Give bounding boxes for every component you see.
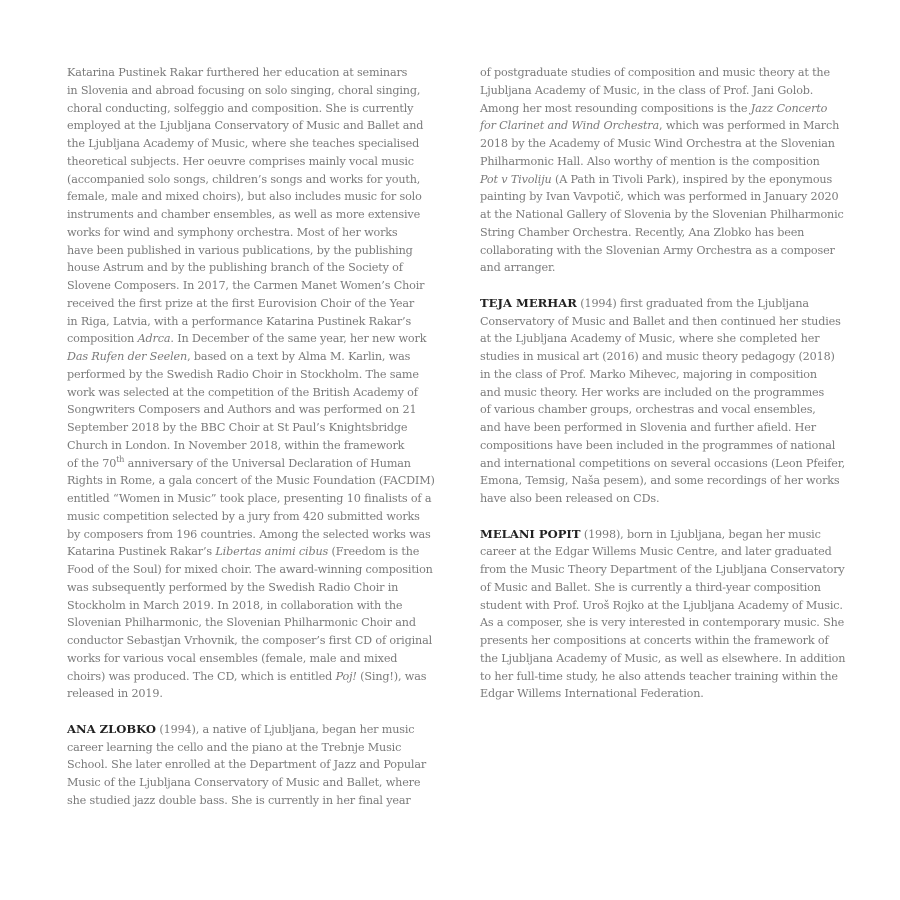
text-line: String Chamber Orchestra. Recently, Ana … bbox=[480, 224, 852, 242]
text-line: and arranger. bbox=[480, 259, 852, 277]
text-line: in Riga, Latvia, with a performance Kata… bbox=[67, 313, 439, 331]
paragraph-ana-zlobko-continued: of postgraduate studies of composition a… bbox=[480, 64, 852, 277]
text-line: Songwriters Composers and Authors and wa… bbox=[67, 401, 439, 419]
text-line: and international competitions on severa… bbox=[480, 455, 852, 473]
text-line: in Slovenia and abroad focusing on solo … bbox=[67, 82, 439, 100]
text-line: for Clarinet and Wind Orchestra, which w… bbox=[480, 117, 852, 135]
text-line: Katarina Pustinek Rakar’s Libertas animi… bbox=[67, 543, 439, 561]
text-line: 2018 by the Academy of Music Wind Orches… bbox=[480, 135, 852, 153]
text-run: (1994) first graduated from the Ljubljan… bbox=[577, 297, 809, 310]
text-line: painting by Ivan Vavpotič, which was per… bbox=[480, 188, 852, 206]
text-line: of Music and Ballet. She is currently a … bbox=[480, 579, 852, 597]
composer-name: MELANI POPIT bbox=[480, 527, 580, 541]
text-line: in the class of Prof. Marko Mihevec, maj… bbox=[480, 366, 852, 384]
text-line: presents her compositions at concerts wi… bbox=[480, 632, 852, 650]
work-title-poj: Poj! bbox=[336, 670, 357, 683]
text-line: of various chamber groups, orchestras an… bbox=[480, 401, 852, 419]
text-line: Church in London. In November 2018, with… bbox=[67, 437, 439, 455]
text-line: Emona, Temsig, Naša pesem), and some rec… bbox=[480, 472, 852, 490]
text-line: student with Prof. Uroš Rojko at the Lju… bbox=[480, 597, 852, 615]
text-line: entitled “Women in Music” took place, pr… bbox=[67, 490, 439, 508]
text-run: of the 70 bbox=[67, 457, 116, 470]
text-line: Das Rufen der Seelen, based on a text by… bbox=[67, 348, 439, 366]
work-title-adrca: Adrca bbox=[138, 332, 171, 345]
text-run: anniversary of the Universal Declaration… bbox=[124, 457, 411, 470]
text-line: career learning the cello and the piano … bbox=[67, 739, 439, 757]
text-line: received the first prize at the first Eu… bbox=[67, 295, 439, 313]
text-line: of the 70th anniversary of the Universal… bbox=[67, 455, 439, 473]
text-line: was subsequently performed by the Swedis… bbox=[67, 579, 439, 597]
text-line: and have been performed in Slovenia and … bbox=[480, 419, 852, 437]
text-line: collaborating with the Slovenian Army Or… bbox=[480, 242, 852, 260]
text-run: . In December of the same year, her new … bbox=[170, 332, 426, 345]
text-line: September 2018 by the BBC Choir at St Pa… bbox=[67, 419, 439, 437]
text-line: Food of the Soul) for mixed choir. The a… bbox=[67, 561, 439, 579]
text-line: TEJA MERHAR (1994) first graduated from … bbox=[480, 295, 852, 313]
text-line: career at the Edgar Willems Music Centre… bbox=[480, 543, 852, 561]
work-title-das-rufen-der-seelen: Das Rufen der Seelen bbox=[67, 350, 187, 363]
text-run: Among her most resounding compositions i… bbox=[480, 102, 751, 115]
text-line: have been published in various publicati… bbox=[67, 242, 439, 260]
text-line: the Ljubljana Academy of Music, where sh… bbox=[67, 135, 439, 153]
work-title-pot-v-tivoliju: Pot v Tivoliju bbox=[480, 173, 552, 186]
composer-name: ANA ZLOBKO bbox=[67, 722, 156, 736]
text-line: instruments and chamber ensembles, as we… bbox=[67, 206, 439, 224]
text-line: female, male and mixed choirs), but also… bbox=[67, 188, 439, 206]
text-line: choral conducting, solfeggio and composi… bbox=[67, 100, 439, 118]
text-line: and music theory. Her works are included… bbox=[480, 384, 852, 402]
text-line: Slovenian Philharmonic, the Slovenian Ph… bbox=[67, 614, 439, 632]
text-run: (Freedom is the bbox=[328, 545, 419, 558]
text-line: Ljubljana Academy of Music, in the class… bbox=[480, 82, 852, 100]
left-column: Katarina Pustinek Rakar furthered her ed… bbox=[67, 64, 439, 827]
text-line: Among her most resounding compositions i… bbox=[480, 100, 852, 118]
text-run: composition bbox=[67, 332, 138, 345]
text-line: from the Music Theory Department of the … bbox=[480, 561, 852, 579]
text-line: Slovene Composers. In 2017, the Carmen M… bbox=[67, 277, 439, 295]
text-line: performed by the Swedish Radio Choir in … bbox=[67, 366, 439, 384]
text-line: at the National Gallery of Slovenia by t… bbox=[480, 206, 852, 224]
text-line: music competition selected by a jury fro… bbox=[67, 508, 439, 526]
text-run: Katarina Pustinek Rakar’s bbox=[67, 545, 215, 558]
paragraph-ana-zlobko: ANA ZLOBKO (1994), a native of Ljubljana… bbox=[67, 721, 439, 810]
right-column: of postgraduate studies of composition a… bbox=[480, 64, 852, 721]
text-line: of postgraduate studies of composition a… bbox=[480, 64, 852, 82]
text-line: works for various vocal ensembles (femal… bbox=[67, 650, 439, 668]
text-line: she studied jazz double bass. She is cur… bbox=[67, 792, 439, 810]
text-line: MELANI POPIT (1998), born in Ljubljana, … bbox=[480, 526, 852, 544]
paragraph-katarina-pustinek-rakar: Katarina Pustinek Rakar furthered her ed… bbox=[67, 64, 439, 703]
text-line: Conservatory of Music and Ballet and the… bbox=[480, 313, 852, 331]
text-line: studies in musical art (2016) and music … bbox=[480, 348, 852, 366]
text-run: (Sing!), was bbox=[357, 670, 427, 683]
text-run: , based on a text by Alma M. Karlin, was bbox=[187, 350, 410, 363]
text-run: , which was performed in March bbox=[659, 119, 839, 132]
text-line: employed at the Ljubljana Conservatory o… bbox=[67, 117, 439, 135]
text-line: have also been released on CDs. bbox=[480, 490, 852, 508]
text-line: Rights in Rome, a gala concert of the Mu… bbox=[67, 472, 439, 490]
text-line: choirs) was produced. The CD, which is e… bbox=[67, 668, 439, 686]
text-line: the Ljubljana Academy of Music, as well … bbox=[480, 650, 852, 668]
text-line: composition Adrca. In December of the sa… bbox=[67, 330, 439, 348]
text-line: As a composer, she is very interested in… bbox=[480, 614, 852, 632]
text-run: (A Path in Tivoli Park), inspired by the… bbox=[552, 173, 833, 186]
work-title-libertas-animi-cibus: Libertas animi cibus bbox=[215, 545, 328, 558]
text-line: to her full-time study, he also attends … bbox=[480, 668, 852, 686]
text-line: compositions have been included in the p… bbox=[480, 437, 852, 455]
text-line: Stockholm in March 2019. In 2018, in col… bbox=[67, 597, 439, 615]
text-line: School. She later enrolled at the Depart… bbox=[67, 756, 439, 774]
work-title-jazz-concerto-cont: for Clarinet and Wind Orchestra bbox=[480, 119, 659, 132]
text-line: house Astrum and by the publishing branc… bbox=[67, 259, 439, 277]
text-line: Pot v Tivoliju (A Path in Tivoli Park), … bbox=[480, 171, 852, 189]
text-run: (1994), a native of Ljubljana, began her… bbox=[156, 723, 414, 736]
text-line: theoretical subjects. Her oeuvre compris… bbox=[67, 153, 439, 171]
text-line: work was selected at the competition of … bbox=[67, 384, 439, 402]
text-line: released in 2019. bbox=[67, 685, 439, 703]
composer-name: TEJA MERHAR bbox=[480, 296, 577, 310]
text-line: ANA ZLOBKO (1994), a native of Ljubljana… bbox=[67, 721, 439, 739]
text-line: Katarina Pustinek Rakar furthered her ed… bbox=[67, 64, 439, 82]
text-line: works for wind and symphony orchestra. M… bbox=[67, 224, 439, 242]
paragraph-teja-merhar: TEJA MERHAR (1994) first graduated from … bbox=[480, 295, 852, 508]
text-line: Philharmonic Hall. Also worthy of mentio… bbox=[480, 153, 852, 171]
text-line: Music of the Ljubljana Conservatory of M… bbox=[67, 774, 439, 792]
text-line: conductor Sebastjan Vrhovnik, the compos… bbox=[67, 632, 439, 650]
text-line: at the Ljubljana Academy of Music, where… bbox=[480, 330, 852, 348]
text-run: (1998), born in Ljubljana, began her mus… bbox=[580, 528, 820, 541]
work-title-jazz-concerto: Jazz Concerto bbox=[751, 102, 828, 115]
text-line: by composers from 196 countries. Among t… bbox=[67, 526, 439, 544]
text-line: Edgar Willems International Federation. bbox=[480, 685, 852, 703]
paragraph-melani-popit: MELANI POPIT (1998), born in Ljubljana, … bbox=[480, 526, 852, 704]
text-run: choirs) was produced. The CD, which is e… bbox=[67, 670, 336, 683]
text-line: (accompanied solo songs, children’s song… bbox=[67, 171, 439, 189]
